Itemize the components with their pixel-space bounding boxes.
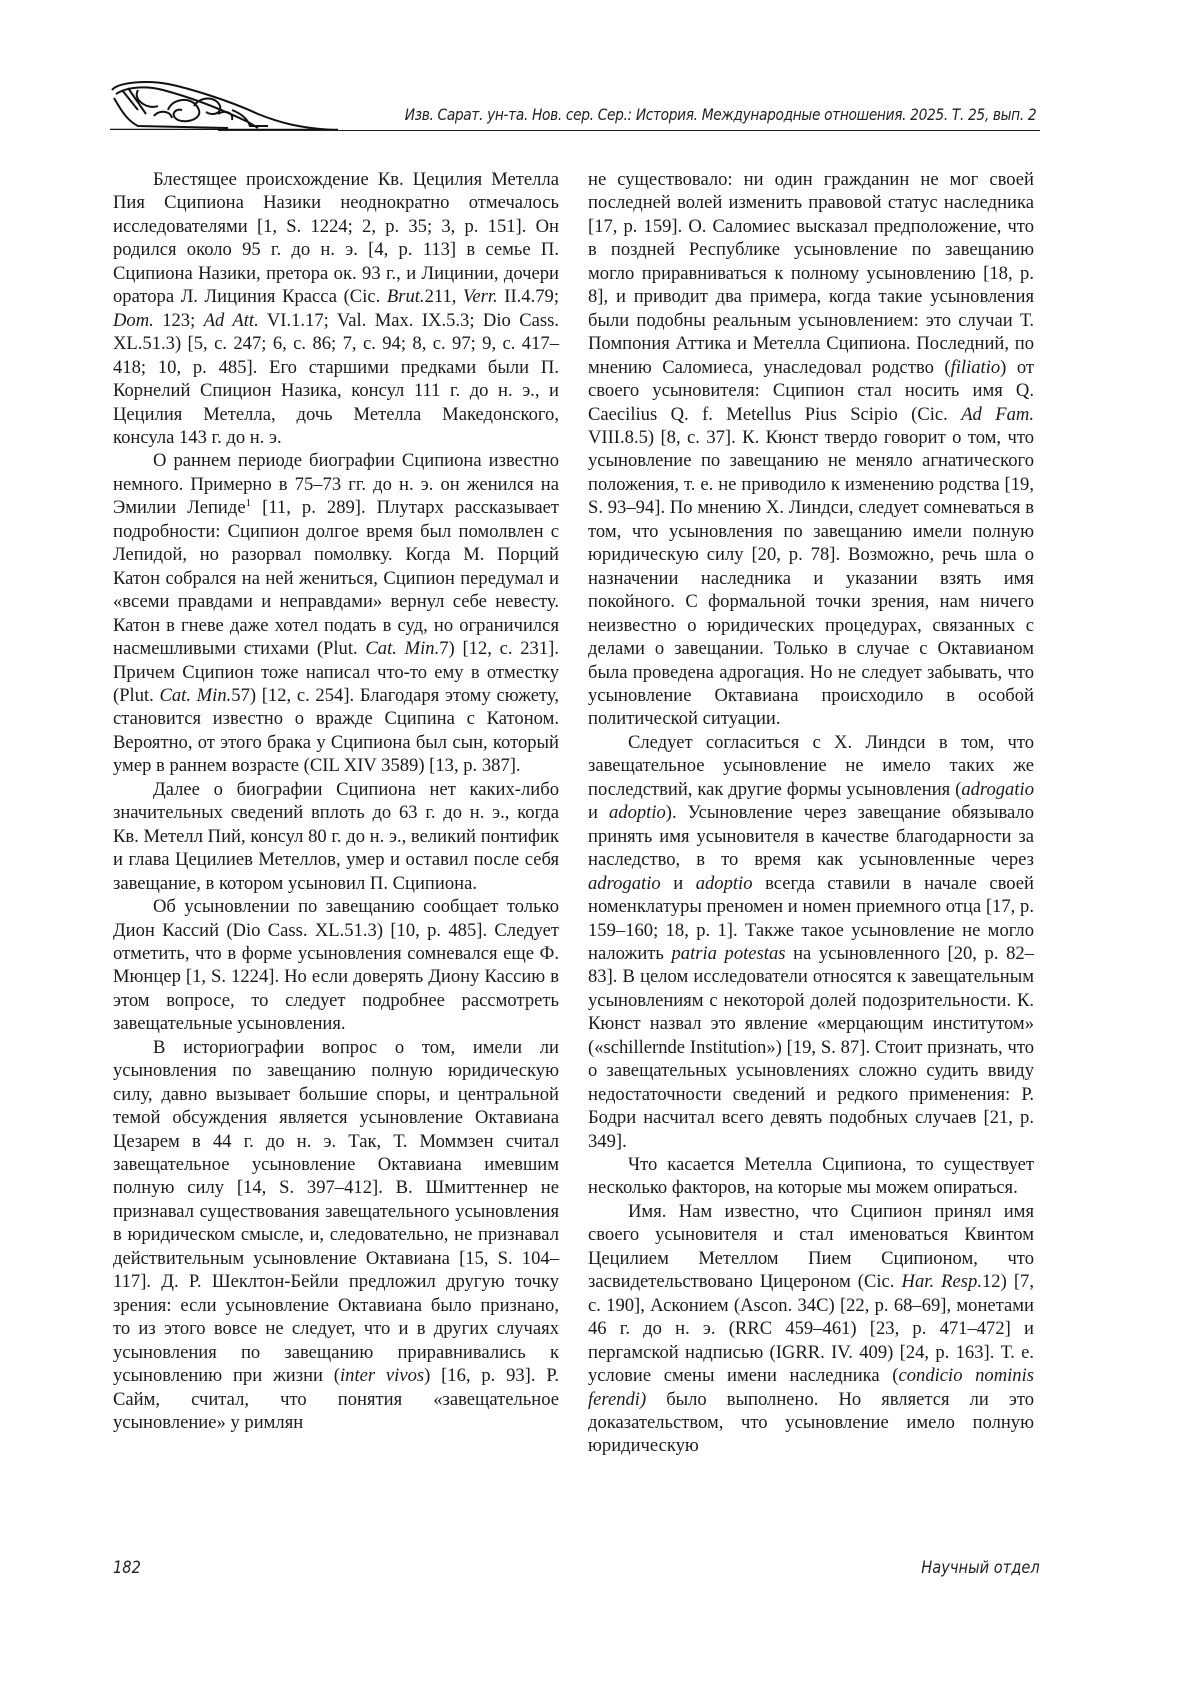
text-run: II.4.79; <box>498 286 559 307</box>
right-column: не существовало: ни один гражданин не мо… <box>588 168 1034 1458</box>
italic-term: adrogatio <box>588 873 661 894</box>
page-number: 182 <box>113 1558 141 1578</box>
italic-term: Cat. Min. <box>159 685 231 706</box>
paragraph: Следует согласиться с Х. Линдси в том, ч… <box>588 731 1034 1153</box>
text-run: на усыновленного [20, p. 82–83]. В целом… <box>588 943 1034 1152</box>
text-run: VIII.8.5) [8, c. 37]. К. Кюнст твердо го… <box>588 427 1034 729</box>
text-run: Что касается Метелла Сципиона, то сущест… <box>588 1154 1034 1198</box>
italic-term: adrogatio <box>961 779 1034 800</box>
italic-term: adoptio <box>609 802 666 823</box>
paragraph: Что касается Метелла Сципиона, то сущест… <box>588 1153 1034 1200</box>
text-run: Об усыновлении по завещанию сообщает тол… <box>113 896 559 1034</box>
italic-term: Ad Att. <box>204 310 259 331</box>
italic-term: inter vivos <box>340 1365 424 1386</box>
text-run: не существовало: ни один гражданин не мо… <box>588 169 1034 378</box>
italic-term: Har. Resp. <box>902 1271 982 1292</box>
journal-title: Изв. Сарат. ун-та. Нов. сер. Сер.: Истор… <box>405 105 1036 124</box>
text-run: и <box>588 802 609 823</box>
section-name: Научный отдел <box>922 1558 1040 1578</box>
italic-term: Brut. <box>387 286 425 307</box>
italic-term: Cat. Min. <box>365 638 439 659</box>
italic-term: adoptio <box>696 873 753 894</box>
running-header: Изв. Сарат. ун-та. Нов. сер. Сер.: Истор… <box>108 80 1040 134</box>
header-rule <box>218 130 1040 131</box>
paragraph: Далее о биографии Сципиона нет каких-либ… <box>113 778 559 895</box>
paragraph: В историографии вопрос о том, имели ли у… <box>113 1036 559 1435</box>
art-nouveau-ornament-icon <box>108 80 338 130</box>
text-run: и <box>661 873 696 894</box>
paragraph: Блестящее происхождение Кв. Цецилия Мете… <box>113 168 559 449</box>
paragraph: не существовало: ни один гражданин не мо… <box>588 168 1034 731</box>
text-run: В историографии вопрос о том, имели ли у… <box>113 1037 559 1386</box>
text-run: 211, <box>425 286 463 307</box>
text-run: было выполнено. Но является ли это доказ… <box>588 1389 1034 1457</box>
left-column: Блестящее происхождение Кв. Цецилия Мете… <box>113 168 559 1434</box>
paragraph: О раннем периоде биографии Сципиона изве… <box>113 449 559 777</box>
text-run: 123; <box>154 310 204 331</box>
italic-term: patria potestas <box>671 943 785 964</box>
text-run: [11, p. 289]. Плутарх рассказывает подро… <box>113 497 559 659</box>
italic-term: Dom. <box>113 310 154 331</box>
text-run: Далее о биографии Сципиона нет каких-либ… <box>113 779 559 894</box>
italic-term: Verr. <box>463 286 498 307</box>
paragraph: Имя. Нам известно, что Сципион принял им… <box>588 1200 1034 1458</box>
italic-term: Ad Fam. <box>961 404 1034 425</box>
italic-term: filiatio <box>951 357 1001 378</box>
paragraph: Об усыновлении по завещанию сообщает тол… <box>113 895 559 1036</box>
